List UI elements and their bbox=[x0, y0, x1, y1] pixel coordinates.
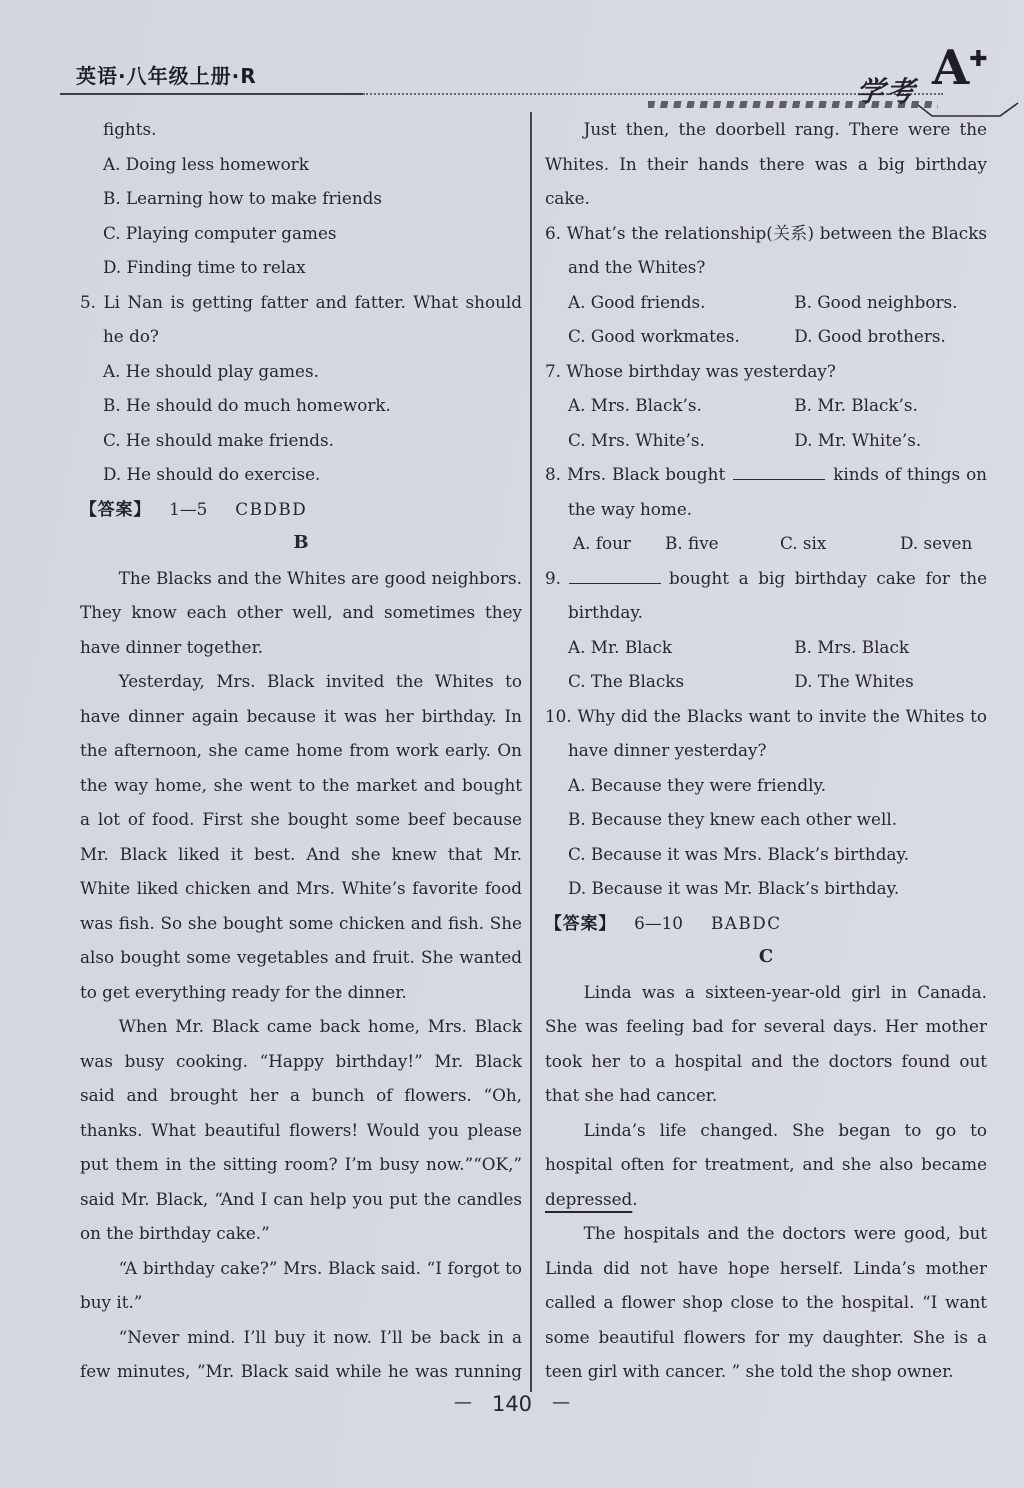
question-9: 9.bought a big birthday cake for the bir… bbox=[545, 561, 987, 630]
question-text: Whose birthday was yesterday? bbox=[566, 361, 836, 381]
brand-logo-plus: ✚ bbox=[969, 47, 987, 72]
option-row: A. Mr. Black B. Mrs. Black bbox=[545, 630, 987, 665]
option: C. He should make friends. bbox=[80, 423, 522, 458]
column-divider bbox=[530, 112, 532, 1392]
passage-paragraph: Linda’s life changed. She began to go to… bbox=[545, 1113, 987, 1217]
option: B. Good neighbors. bbox=[794, 285, 987, 320]
option: C. Playing computer games bbox=[80, 216, 522, 251]
answer-letters: CBDBD bbox=[235, 499, 307, 519]
passage-paragraph: The Blacks and the Whites are good neigh… bbox=[80, 561, 522, 665]
brand-logo-mark: A✚ bbox=[932, 44, 988, 92]
question-number: 9. bbox=[545, 568, 561, 588]
question-10: 10. Why did the Blacks want to invite th… bbox=[545, 699, 987, 768]
option: B. Mrs. Black bbox=[794, 630, 987, 665]
question-number: 10. bbox=[545, 706, 572, 726]
passage-text-post: . bbox=[632, 1189, 637, 1209]
right-column: Just then, the doorbell rang. There were… bbox=[545, 112, 987, 1396]
brand-logo-cn: 学考 bbox=[853, 70, 919, 110]
option-row: C. Mrs. White’s. D. Mr. White’s. bbox=[545, 423, 987, 458]
option: D. The Whites bbox=[794, 664, 987, 699]
question-number: 6. bbox=[545, 223, 561, 243]
question-8: 8. Mrs. Black boughtkinds of things on t… bbox=[545, 457, 987, 526]
answer-line-1-5: 【答案】1—5CBDBD bbox=[80, 492, 522, 527]
option: C. Mrs. White’s. bbox=[568, 423, 794, 458]
option: C. The Blacks bbox=[568, 664, 794, 699]
option: D. He should do exercise. bbox=[80, 457, 522, 492]
option: C. Because it was Mrs. Black’s birthday. bbox=[545, 837, 987, 872]
question-number: 7. bbox=[545, 361, 561, 381]
page-header-title: 英语·八年级上册·R bbox=[76, 60, 257, 89]
section-heading-c: C bbox=[545, 940, 987, 975]
option: B. Because they knew each other well. bbox=[545, 802, 987, 837]
option-row: A. four B. five C. six D. seven bbox=[545, 526, 987, 561]
option-row: A. Mrs. Black’s. B. Mr. Black’s. bbox=[545, 388, 987, 423]
answer-range: 1—5 bbox=[169, 499, 207, 519]
question-text-pre: Mrs. Black bought bbox=[567, 464, 725, 484]
page-number: 140 bbox=[492, 1392, 532, 1416]
header-rule-solid bbox=[60, 93, 363, 95]
workbook-page: 英语·八年级上册·R 学考 A✚ fights. A. Doing less h… bbox=[0, 0, 1024, 1488]
passage-paragraph: When Mr. Black came back home, Mrs. Blac… bbox=[80, 1009, 522, 1251]
question-6: 6. What’s the relationship(关系) between t… bbox=[545, 216, 987, 285]
passage-paragraph: Just then, the doorbell rang. There were… bbox=[545, 112, 987, 216]
option: B. Learning how to make friends bbox=[80, 181, 522, 216]
option-row: C. The Blacks D. The Whites bbox=[545, 664, 987, 699]
passage-paragraph: The hospitals and the doctors were good,… bbox=[545, 1216, 987, 1389]
passage-text-pre: Linda’s life changed. She began to go to… bbox=[545, 1120, 987, 1175]
footer-dash: — bbox=[454, 1392, 472, 1413]
brand-logo: 学考 A✚ bbox=[854, 46, 1022, 116]
option: A. He should play games. bbox=[80, 354, 522, 389]
question-text: Why did the Blacks want to invite the Wh… bbox=[568, 706, 987, 761]
option-row: C. Good workmates. D. Good brothers. bbox=[545, 319, 987, 354]
option: D. Good brothers. bbox=[794, 319, 987, 354]
option: A. Mr. Black bbox=[568, 630, 794, 665]
option: C. Good workmates. bbox=[568, 319, 794, 354]
footer-dash: — bbox=[552, 1392, 570, 1413]
passage-paragraph: “Never mind. I’ll buy it now. I’ll be ba… bbox=[80, 1320, 522, 1397]
option: D. Mr. White’s. bbox=[794, 423, 987, 458]
option: D. Finding time to relax bbox=[80, 250, 522, 285]
question-text: What’s the relationship(关系) between the … bbox=[567, 223, 987, 278]
fill-blank-line bbox=[569, 565, 661, 584]
option: D. Because it was Mr. Black’s birthday. bbox=[545, 871, 987, 906]
passage-paragraph: Linda was a sixteen-year-old girl in Can… bbox=[545, 975, 987, 1113]
underlined-word: depressed bbox=[545, 1189, 632, 1209]
option: C. six bbox=[780, 526, 900, 561]
carryover-line: fights. bbox=[80, 112, 522, 147]
answer-tag: 【答案】 bbox=[80, 499, 151, 519]
passage-paragraph: Yesterday, Mrs. Black invited the Whites… bbox=[80, 664, 522, 1009]
passage-paragraph: “A birthday cake?” Mrs. Black said. “I f… bbox=[80, 1251, 522, 1320]
option-row: A. Good friends. B. Good neighbors. bbox=[545, 285, 987, 320]
option: B. Mr. Black’s. bbox=[794, 388, 987, 423]
fill-blank-line bbox=[733, 461, 825, 480]
option: A. four bbox=[573, 526, 665, 561]
question-text: Li Nan is getting fatter and fatter. Wha… bbox=[103, 292, 522, 347]
page-footer: —140— bbox=[0, 1392, 1024, 1416]
option: A. Good friends. bbox=[568, 285, 794, 320]
section-heading-b: B bbox=[80, 526, 522, 561]
question-number: 8. bbox=[545, 464, 561, 484]
option: A. Doing less homework bbox=[80, 147, 522, 182]
answer-letters: BABDC bbox=[711, 913, 782, 933]
left-column: fights. A. Doing less homework B. Learni… bbox=[80, 112, 522, 1396]
option: A. Because they were friendly. bbox=[545, 768, 987, 803]
question-7: 7. Whose birthday was yesterday? bbox=[545, 354, 987, 389]
option: B. five bbox=[665, 526, 780, 561]
option: D. seven bbox=[900, 526, 987, 561]
option: B. He should do much homework. bbox=[80, 388, 522, 423]
answer-tag: 【答案】 bbox=[545, 913, 616, 933]
answer-line-6-10: 【答案】6—10BABDC bbox=[545, 906, 987, 941]
question-5: 5. Li Nan is getting fatter and fatter. … bbox=[80, 285, 522, 354]
option: A. Mrs. Black’s. bbox=[568, 388, 794, 423]
answer-range: 6—10 bbox=[634, 913, 683, 933]
question-number: 5. bbox=[80, 292, 96, 312]
